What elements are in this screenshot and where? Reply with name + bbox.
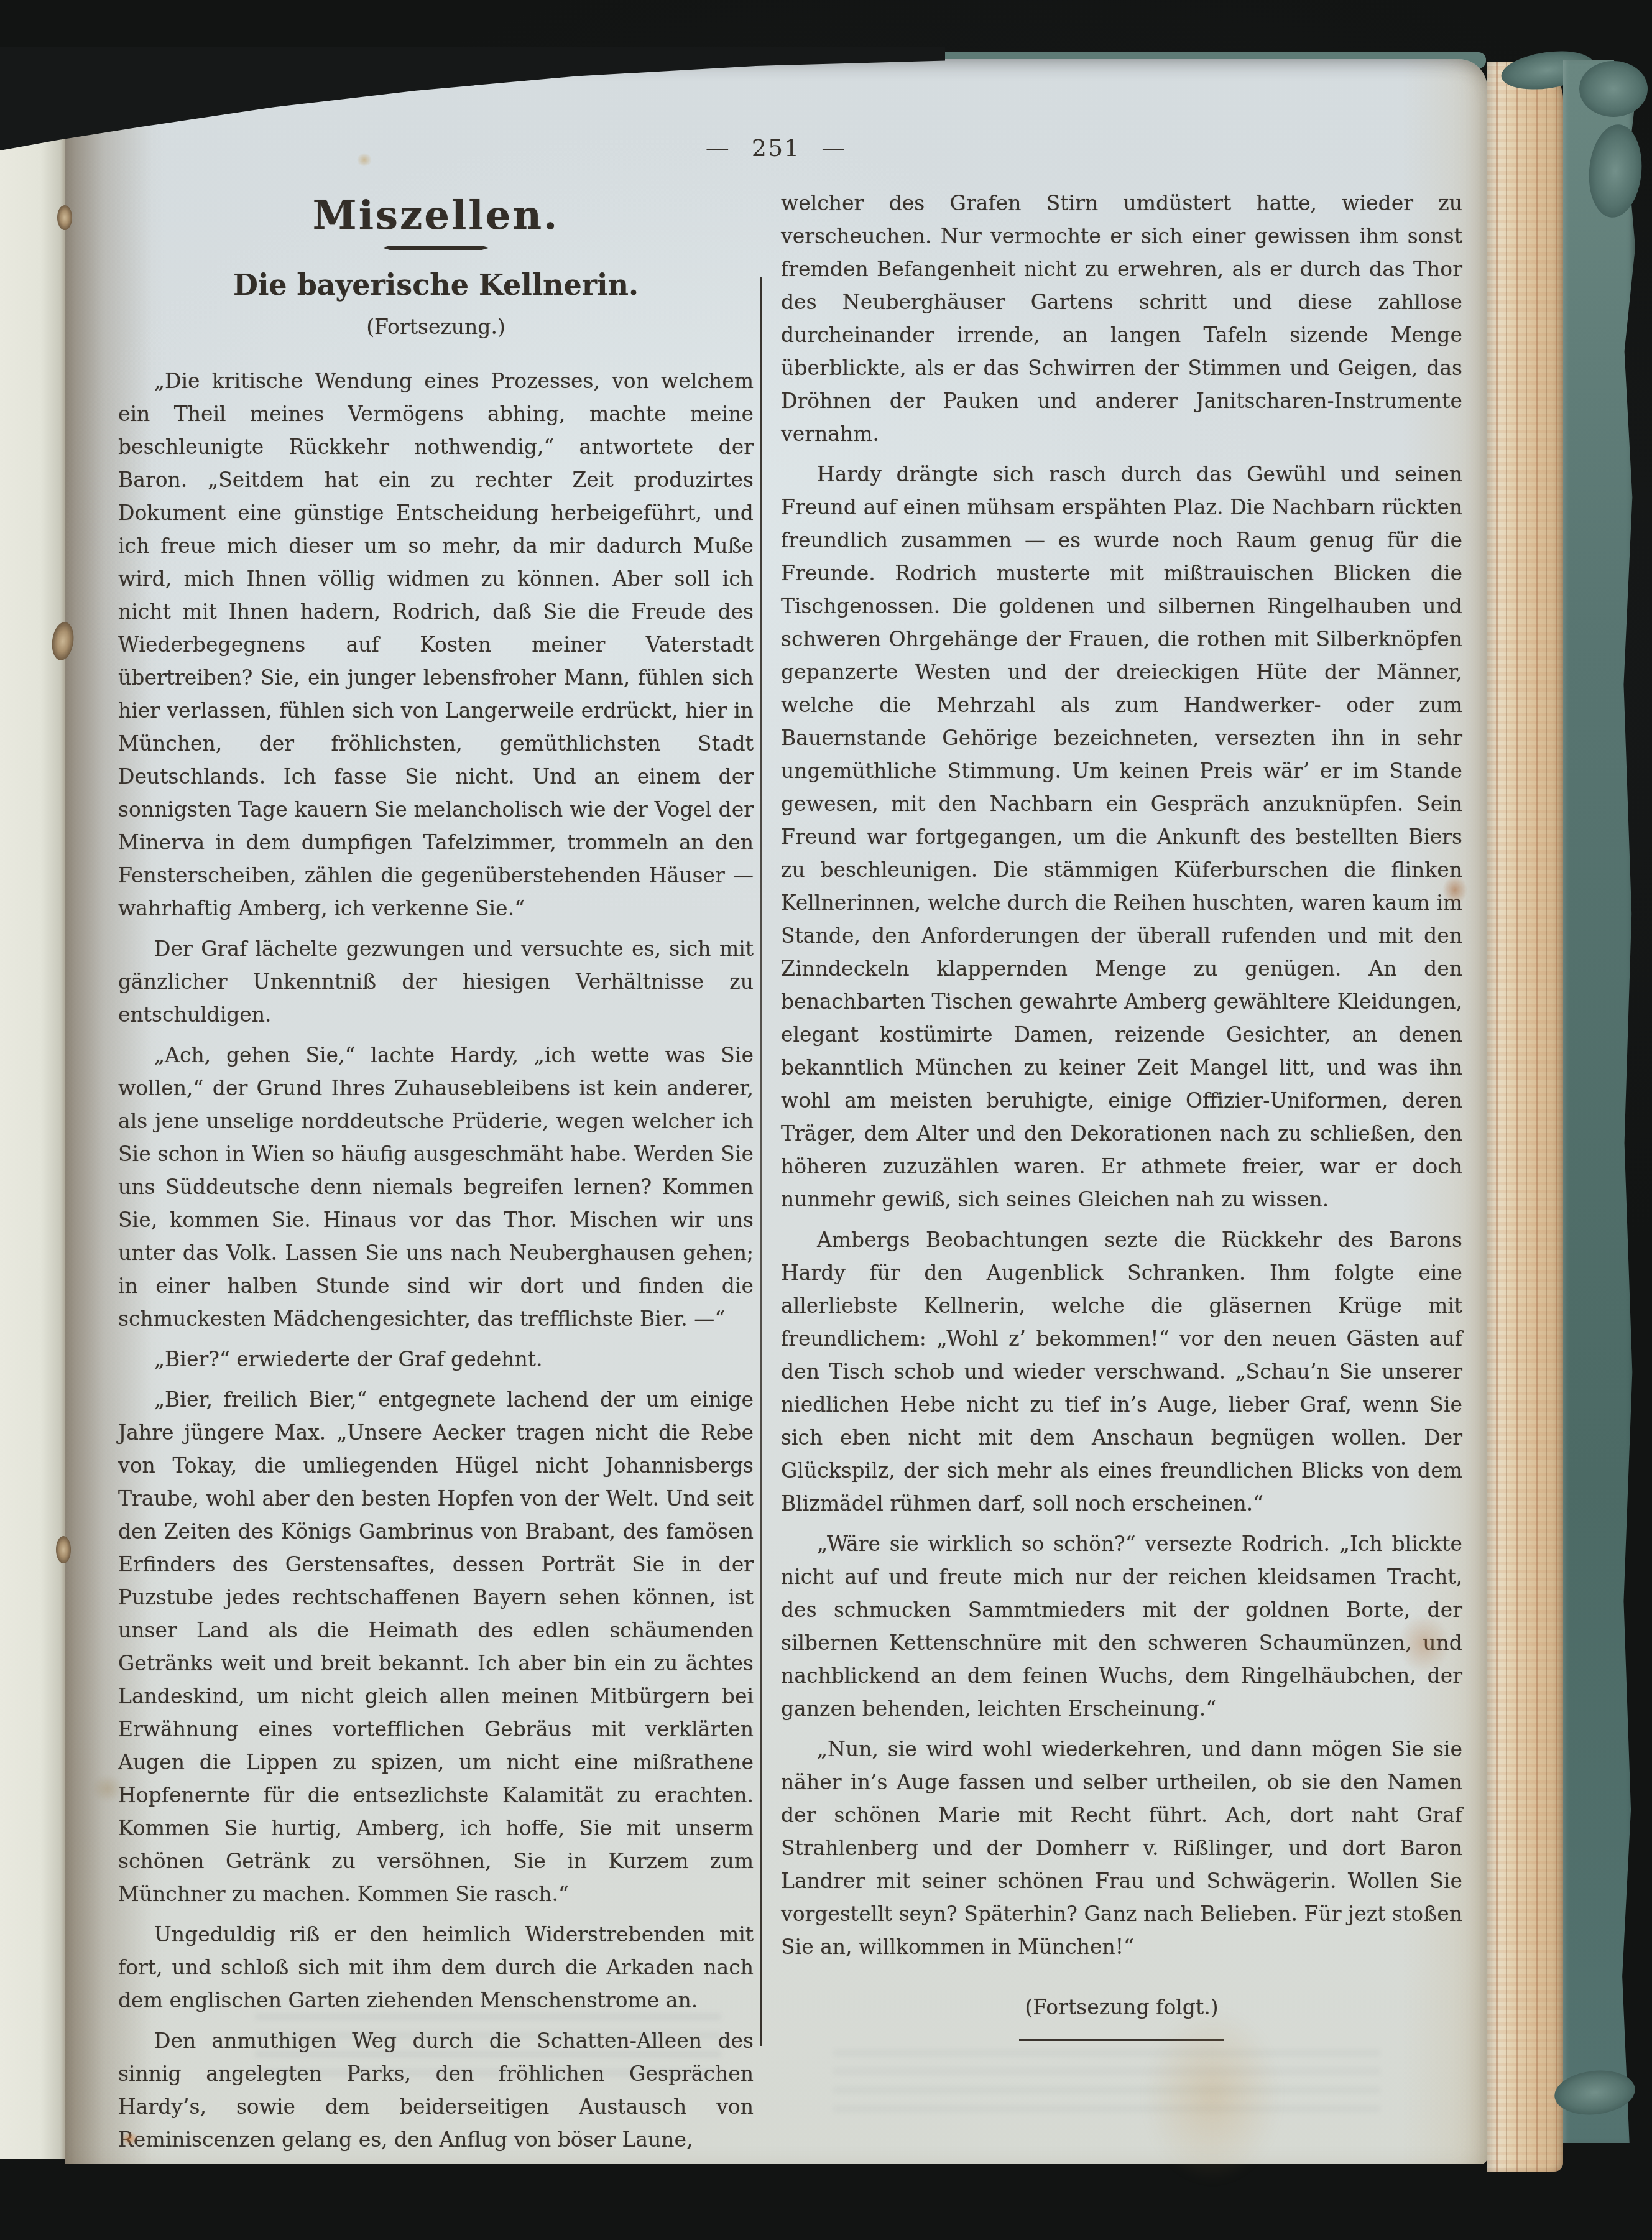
foxing-stain (92, 1775, 123, 1802)
continuation-footer: (Fortsezung folgt.) (781, 1991, 1462, 2041)
fore-edge-page-stack (1487, 62, 1563, 2172)
paragraph: Ungeduldig riß er den heimlich Widerstre… (118, 1918, 754, 2017)
foxing-stain (1144, 2009, 1281, 2183)
paragraph: „Bier?“ erwiederte der Graf gedehnt. (118, 1343, 754, 1376)
column-right: welcher des Grafen Stirn umdüstert hatte… (781, 187, 1462, 2041)
paragraph: „Nun, sie wird wohl wiederkehren, und da… (781, 1733, 1462, 1963)
continuation-note: (Fortsezung folgt.) (781, 1991, 1462, 2024)
paragraph: „Wäre sie wirklich so schön?“ versezte R… (781, 1527, 1462, 1725)
section-title-rule (382, 246, 489, 250)
page-number: 251 (752, 134, 801, 162)
foxing-stain (1442, 876, 1467, 904)
paragraph: Der Graf lächelte gezwungen und versucht… (118, 932, 754, 1031)
article-title: Die bayerische Kellnerin. (118, 269, 754, 302)
foxing-stain (1398, 1614, 1450, 1673)
header-dash-left: — (706, 134, 731, 162)
facing-page-edge (0, 75, 73, 2159)
foxing-stain (122, 2132, 138, 2145)
column-left: Miszellen. Die bayerische Kellnerin. (Fo… (118, 199, 754, 2164)
section-title: Miszellen. (118, 199, 754, 232)
foxing-stain (357, 153, 372, 167)
paragraph: Hardy drängte sich rasch durch das Gewüh… (781, 458, 1462, 1216)
book-scan: —251— Miszellen. Die bayerische Kellneri… (0, 0, 1652, 2240)
paragraph: welcher des Grafen Stirn umdüstert hatte… (781, 187, 1462, 450)
paragraph: „Bier, freilich Bier,“ entgegnete lachen… (118, 1383, 754, 1910)
paragraph: „Die kritische Wendung eines Prozesses, … (118, 364, 754, 925)
paragraph: „Ach, gehen Sie,“ lachte Hardy, „ich wet… (118, 1039, 754, 1335)
binding-stitch-hole (56, 1536, 71, 1563)
book-cover-edge (1563, 60, 1635, 2143)
binding-stitch-hole (57, 205, 72, 230)
book-cover-corner-lump (1579, 61, 1648, 117)
paragraph: Ambergs Beobachtungen sezte die Rückkehr… (781, 1223, 1462, 1520)
header-dash-right: — (821, 134, 846, 162)
page-header: —251— (65, 134, 1487, 162)
column-divider-rule (760, 277, 762, 2046)
ink-showthrough-ghost (255, 2014, 721, 2087)
ink-showthrough-ghost (833, 2050, 1380, 2124)
article-subtitle: (Fortsezung.) (118, 310, 754, 343)
